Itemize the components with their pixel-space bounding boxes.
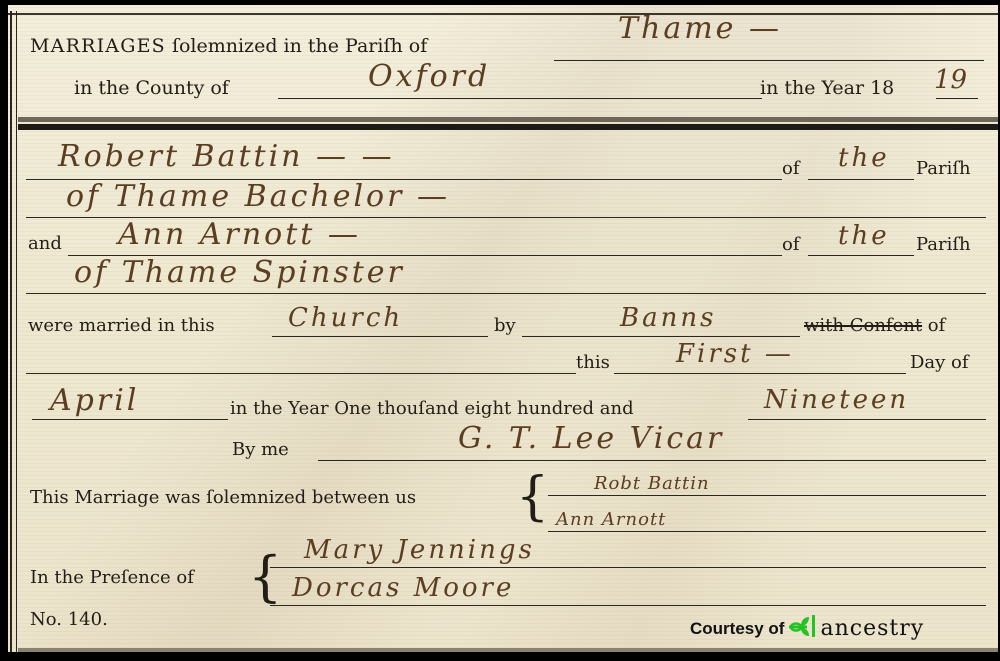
groom-parish-label: Pariſh — [916, 158, 971, 179]
by-me-label: By me — [232, 439, 289, 460]
month-value: April — [50, 383, 139, 418]
county-label: in the County of — [74, 77, 229, 99]
groom-name-value: Robert Battin — — — [58, 139, 395, 174]
consent-text: with Confent of — [804, 315, 945, 336]
header-line-1: MARRIAGES ſolemnized in the Pariſh of — [30, 35, 427, 57]
parish-line — [554, 60, 984, 61]
courtesy-watermark: Courtesy of ancestry — [690, 614, 924, 643]
groom-residence-value: of Thame Bachelor — — [66, 179, 450, 214]
bride-and-label: and — [28, 233, 62, 254]
consent-of-label: of — [928, 315, 946, 336]
day-value: First — — [676, 339, 794, 369]
bride-parish-label: Pariſh — [916, 234, 971, 255]
header-subtitle: ſolemnized in the Pariſh of — [172, 35, 427, 57]
bride-signature-line — [548, 531, 986, 532]
county-value: Oxford — [368, 59, 490, 94]
brand-name: ancestry — [820, 616, 924, 641]
bride-name-value: Ann Arnott — — [118, 217, 361, 252]
left-border-rule — [10, 11, 17, 652]
marriage-register-page: MARRIAGES ſolemnized in the Pariſh of Th… — [8, 5, 998, 652]
bride-of-label: of — [782, 234, 800, 255]
place-line — [272, 336, 488, 337]
married-label: were married in this — [28, 315, 215, 336]
year-value: 19 — [934, 65, 967, 95]
groom-of-label: of — [782, 158, 800, 179]
witness1-signature: Mary Jennings — [304, 535, 535, 565]
this-label: this — [576, 352, 610, 373]
officiant-value: G. T. Lee Vicar — [458, 421, 724, 456]
leaf-icon — [787, 614, 817, 643]
signatures-brace: { — [516, 467, 549, 527]
year-line — [936, 98, 978, 99]
officiant-line — [318, 460, 986, 461]
witness2-signature: Dorcas Moore — [292, 573, 514, 603]
year-words-label: in the Year One thouſand eight hundred a… — [230, 398, 634, 419]
bride-signature: Ann Arnott — [556, 509, 666, 530]
by-line — [522, 336, 800, 337]
consent-line — [26, 373, 576, 374]
groom-signature-line — [548, 495, 986, 496]
groom-of-value: the — [838, 143, 890, 173]
consent-struck-label: with Confent — [804, 315, 922, 336]
header-divider — [18, 117, 998, 131]
groom-of-line — [808, 179, 914, 180]
bottom-border — [18, 648, 998, 652]
place-value: Church — [288, 303, 403, 333]
groom-signature: Robt Battin — [594, 473, 710, 494]
witness2-line — [270, 605, 986, 606]
day-of-label: Day of — [910, 352, 969, 373]
by-value: Banns — [620, 303, 716, 333]
bride-residence-line — [26, 293, 986, 294]
month-line — [32, 419, 228, 420]
year-words-line — [748, 419, 986, 420]
courtesy-text: Courtesy of — [690, 619, 784, 639]
entry-number: No. 140. — [30, 609, 108, 630]
bride-of-value: the — [838, 221, 890, 251]
bride-of-line — [808, 255, 914, 256]
witnesses-label: In the Preſence of — [30, 567, 194, 588]
year-label: in the Year 18 — [760, 77, 894, 99]
parish-value: Thame — — [618, 11, 782, 46]
county-line — [278, 98, 762, 99]
witnesses-brace: { — [248, 545, 282, 608]
day-line — [614, 373, 906, 374]
top-border-rule — [8, 13, 998, 18]
bride-residence-value: of Thame Spinster — [74, 255, 405, 290]
witness1-line — [270, 567, 986, 568]
by-label: by — [494, 315, 516, 336]
header-title: MARRIAGES — [30, 35, 166, 57]
year-words-value: Nineteen — [764, 385, 909, 415]
signatures-label: This Marriage was ſolemnized between us — [30, 487, 416, 508]
